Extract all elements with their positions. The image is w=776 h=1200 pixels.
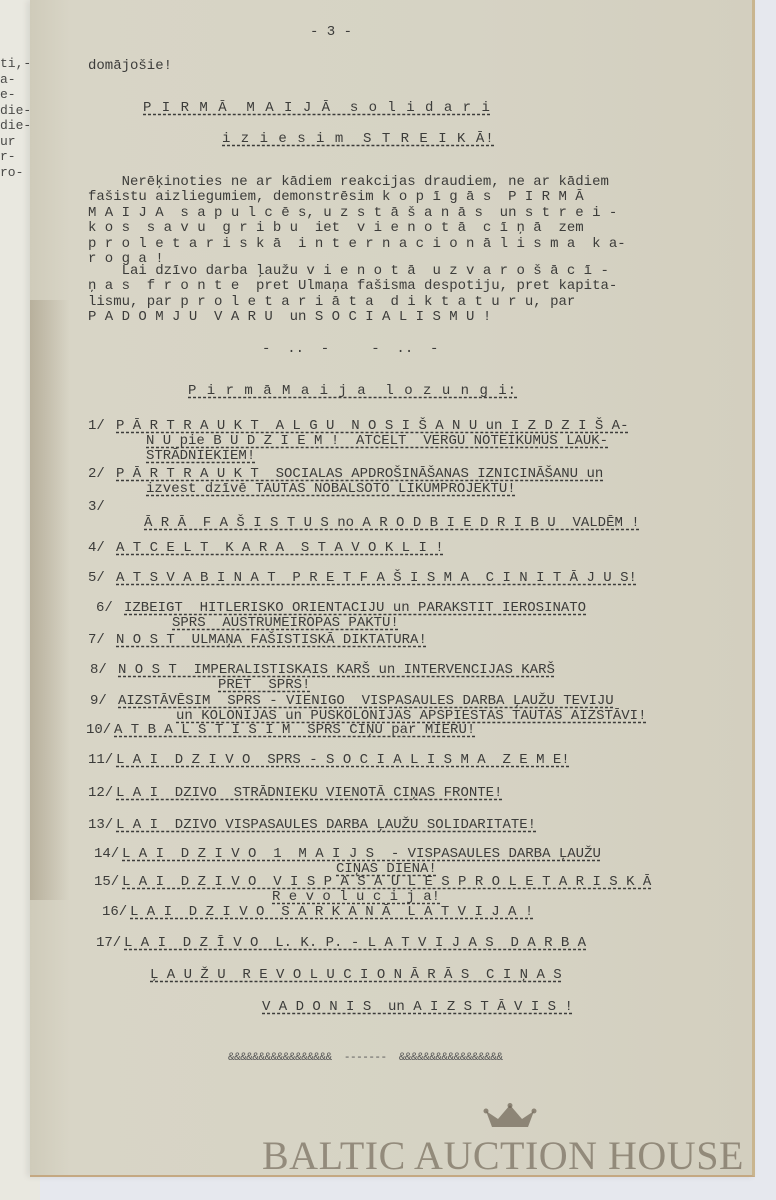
slogan-text: L A I D Z I V O S A R K A N Ā L A T V I … — [130, 904, 533, 920]
slogan-text: L A I D Z I V O SPRS - S O C I A L I S M… — [116, 752, 570, 768]
slogan-text: P Ā R T R A U K T SOCIALAS APDROŠINĀŠANA… — [116, 466, 603, 482]
slogan-text: N O S T IMPERALISTISKAIS KARŠ un INTERVE… — [118, 662, 555, 678]
slogan-text: N O S T ULMAŅA FAŠISTISKĀ DIKTATURA! — [116, 632, 427, 648]
paragraph-line: k o s s a v u g r i b u iet v i e n o t … — [88, 221, 584, 236]
paragraph-line: P A D O M J U V A R U un S O C I A L I S… — [88, 310, 491, 325]
slogan-number: 7/ — [88, 632, 105, 648]
paragraph-line: lismu, par p r o l e t a r i ā t a d i k… — [88, 295, 575, 310]
slogan-number: 17/ — [96, 935, 121, 951]
paragraph-line: fašistu aizliegumiem, demonstrēsim k o p… — [88, 190, 584, 205]
slogan-number: 10/ — [86, 722, 111, 738]
slogan-text: PRET SPRS! — [218, 677, 310, 693]
slogan-number: 1/ — [88, 418, 105, 434]
slogan-number: 2/ — [88, 466, 105, 482]
slogan-text: R e v o l u c i j a! — [272, 889, 440, 905]
heading-line-2: i z i e s i m S T R E I K Ā! — [222, 131, 495, 147]
slogan-text: Ļ A U Ž U R E V O L U C I O N Ā R Ā S C … — [150, 967, 562, 983]
slogan-text: Ā R Ā F A Š I S T U S no A R O D B I E D… — [144, 515, 640, 531]
slogan-text: N U pie B U D Z I E M ! ATCELT VERGU NOT… — [146, 433, 608, 449]
slogan-number: 3/ — [88, 499, 105, 515]
slogan-text: A T B A L S T I S I M SPRS CIŅU par MIER… — [114, 722, 475, 738]
slogan-text: IZBEIGT HITLERISKO ORIENTACIJU un PARAKS… — [124, 600, 586, 616]
slogan-text: A T S V A B I N A T P R E T F A Š I S M … — [116, 570, 637, 586]
slogan-text: AIZSTĀVĒSIM SPRS - VIENIGO VISPASAULES D… — [118, 693, 614, 709]
slogan-text: izvest dzīvē TAUTAS NOBALSOTO LIKUMPROJE… — [146, 481, 516, 497]
slogan-text: L A I D Z I V O 1 M A I J S - VISPASAULE… — [122, 846, 601, 862]
slogan-text: A T C E L T K A R A S T A V O K L I ! — [116, 540, 444, 556]
separator: - .. - - .. - — [262, 341, 438, 357]
slogan-number: 6/ — [96, 600, 113, 616]
slogan-text: P Ā R T R A U K T A L G U N O S I Š A N … — [116, 418, 628, 434]
paragraph-line: ņ a s f r o n t e pret Ulmaņa fašisma de… — [88, 279, 617, 294]
heading-line-1: P I R M Ā M A I J Ā s o l i d a r i — [143, 100, 491, 116]
slogan-number: 14/ — [94, 846, 119, 862]
slogan-text: SPRS AUSTRUMEIROPAS PAKTU! — [172, 615, 399, 631]
slogan-number: 15/ — [94, 874, 119, 890]
slogan-number: 8/ — [90, 662, 107, 678]
slogan-text: L A I DZIVO STRĀDNIEKU VIENOTĀ CIŅAS FRO… — [116, 785, 502, 801]
paragraph-line: M A I J A s a p u l c ē s, u z s t ā š a… — [88, 206, 617, 221]
crown-icon — [482, 1103, 538, 1129]
slogan-text: L A I DZIVO VISPASAULES DARBA ĻAUŽU SOLI… — [116, 817, 536, 833]
slogans-title: P i r m ā M a i j a l o z u n g i: — [188, 383, 517, 399]
slogan-text: V A D O N I S un A I Z S T Ā V I S ! — [262, 999, 573, 1015]
watermark-text: BALTIC AUCTION HOUSE — [262, 1132, 744, 1179]
slogan-number: 11/ — [88, 752, 113, 768]
paragraph-line: p r o l e t a r i s k ā i n t e r n a c … — [88, 237, 626, 252]
paragraph-line: Lai dzīvo darba ļaužu v i e n o t ā u z … — [88, 264, 609, 279]
slogan-number: 13/ — [88, 817, 113, 833]
slogan-number: 16/ — [102, 904, 127, 920]
page-number: - 3 - — [310, 24, 352, 40]
slogan-text: L A I D Z I V O V I S P A S A U L E S P … — [122, 874, 651, 890]
slogan-number: 5/ — [88, 570, 105, 586]
slogan-text: L A I D Z Ī V O L. K. P. - L A T V I J A… — [124, 935, 586, 951]
closing-ornament: &&&&&&&&&&&&&&&&& ------- &&&&&&&&&&&&&&… — [228, 1052, 503, 1064]
slogan-number: 12/ — [88, 785, 113, 801]
opening-text: domājošie! — [88, 58, 172, 74]
slogan-number: 4/ — [88, 540, 105, 556]
slogan-text: STRĀDNIEKIEM! — [146, 448, 255, 464]
slogan-number: 9/ — [90, 693, 107, 709]
